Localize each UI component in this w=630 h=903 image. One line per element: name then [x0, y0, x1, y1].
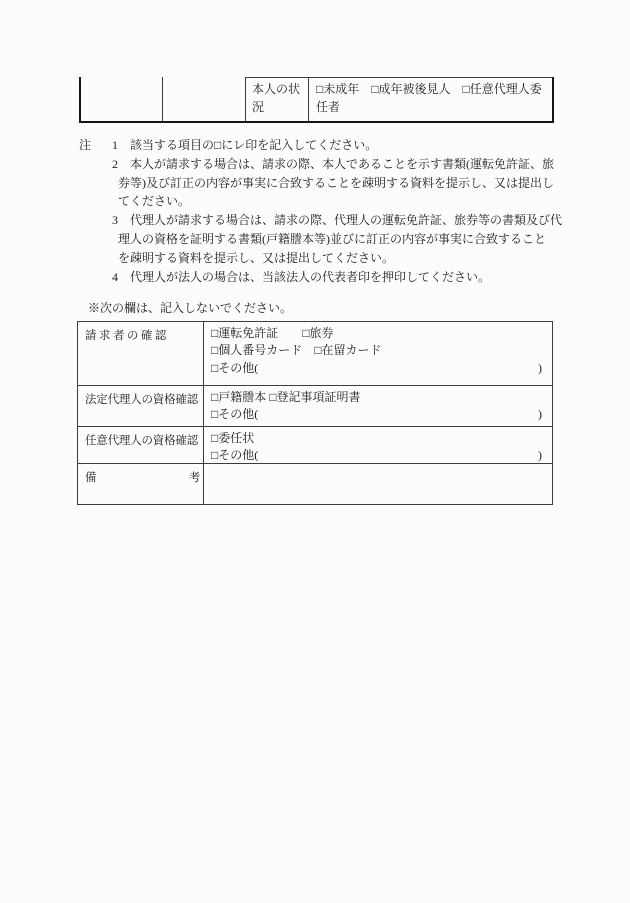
notes-section: 注 1 該当する項目の□にレ印を記入してください。 2 本人が請求する場合は、請… — [79, 136, 579, 286]
checkbox-line: □委任状 — [211, 430, 542, 447]
remarks-content-empty — [204, 464, 552, 504]
note-text: 代理人が請求する場合は、請求の際、代理人の運転免許証、旅券等の書類及び代 理人の… — [118, 211, 579, 267]
row-label-remarks: 備 考 — [78, 464, 204, 504]
note-number: 3 — [112, 211, 118, 230]
note-number: 1 — [112, 136, 118, 155]
table-row-legal-agent-confirmation: 法定代理人の資格確認 □戸籍謄本 □登記事項証明書 □その他( ) — [78, 385, 552, 426]
checkbox-line: □戸籍謄本 □登記事項証明書 — [211, 389, 542, 406]
status-label: 本人の状 況 — [246, 78, 309, 121]
note-item-1: 1 該当する項目の□にレ印を記入してください。 — [112, 136, 579, 155]
row-content: □戸籍謄本 □登記事項証明書 □その他( ) — [204, 386, 552, 426]
checkbox-line: □運転免許証 □旅券 — [211, 325, 542, 342]
note-text: 代理人が法人の場合は、当該法人の代表者印を押印してください。 — [118, 268, 579, 287]
note-text: 該当する項目の□にレ印を記入してください。 — [118, 136, 579, 155]
note-number: 4 — [112, 268, 118, 287]
note-item-3: 3 代理人が請求する場合は、請求の際、代理人の運転免許証、旅券等の書類及び代 理… — [112, 211, 579, 267]
office-confirmation-table: 請 求 者 の 確 認 □運転免許証 □旅券 □個人番号カード □在留カード □… — [77, 321, 553, 505]
other-option-line: □その他( ) — [211, 406, 542, 423]
form-page: 本人の状 況 □未成年 □成年被後見人 □任意代理人委 任者 注 1 該当する項… — [0, 0, 630, 903]
empty-cell-2 — [163, 77, 245, 121]
other-paren-close: ) — [538, 447, 542, 463]
row-content: □委任状 □その他( ) — [204, 427, 552, 463]
other-paren-close: ) — [538, 360, 542, 377]
other-checkbox-open: □その他( — [211, 406, 258, 423]
checkbox-line: □個人番号カード □在留カード — [211, 342, 542, 359]
other-paren-close: ) — [538, 406, 542, 423]
other-checkbox-open: □その他( — [211, 360, 258, 377]
note-text: 本人が請求する場合は、請求の際、本人であることを示す書類(運転免許証、旅 券等)… — [118, 155, 579, 211]
row-label: 請 求 者 の 確 認 — [78, 322, 204, 385]
note-item-2: 2 本人が請求する場合は、請求の際、本人であることを示す書類(運転免許証、旅 券… — [112, 155, 579, 211]
table-row-remarks: 備 考 — [78, 463, 552, 504]
remarks-label-end: 考 — [189, 469, 200, 504]
other-option-line: □その他( ) — [211, 447, 542, 463]
table-row-requester-confirmation: 請 求 者 の 確 認 □運転免許証 □旅券 □個人番号カード □在留カード □… — [78, 322, 552, 385]
note-number: 2 — [112, 155, 118, 174]
status-sub-row: 本人の状 況 □未成年 □成年被後見人 □任意代理人委 任者 — [245, 77, 552, 121]
row-label: 法定代理人の資格確認 — [78, 386, 204, 426]
other-checkbox-open: □その他( — [211, 447, 258, 463]
empty-cell-1 — [81, 77, 163, 121]
notes-marker: 注 — [79, 136, 91, 155]
other-option-line: □その他( ) — [211, 360, 542, 377]
row-label: 任意代理人の資格確認 — [78, 427, 204, 463]
row-content: □運転免許証 □旅券 □個人番号カード □在留カード □その他( ) — [204, 322, 552, 385]
do-not-fill-notice: ※次の欄は、記入しないでください。 — [88, 299, 292, 316]
table-row-voluntary-agent-confirmation: 任意代理人の資格確認 □委任状 □その他( ) — [78, 426, 552, 463]
note-item-4: 4 代理人が法人の場合は、当該法人の代表者印を押印してください。 — [112, 268, 579, 287]
status-checkbox-options: □未成年 □成年被後見人 □任意代理人委 任者 — [309, 78, 552, 121]
remarks-label-start: 備 — [85, 469, 96, 504]
applicant-status-table: 本人の状 況 □未成年 □成年被後見人 □任意代理人委 任者 — [79, 77, 554, 123]
